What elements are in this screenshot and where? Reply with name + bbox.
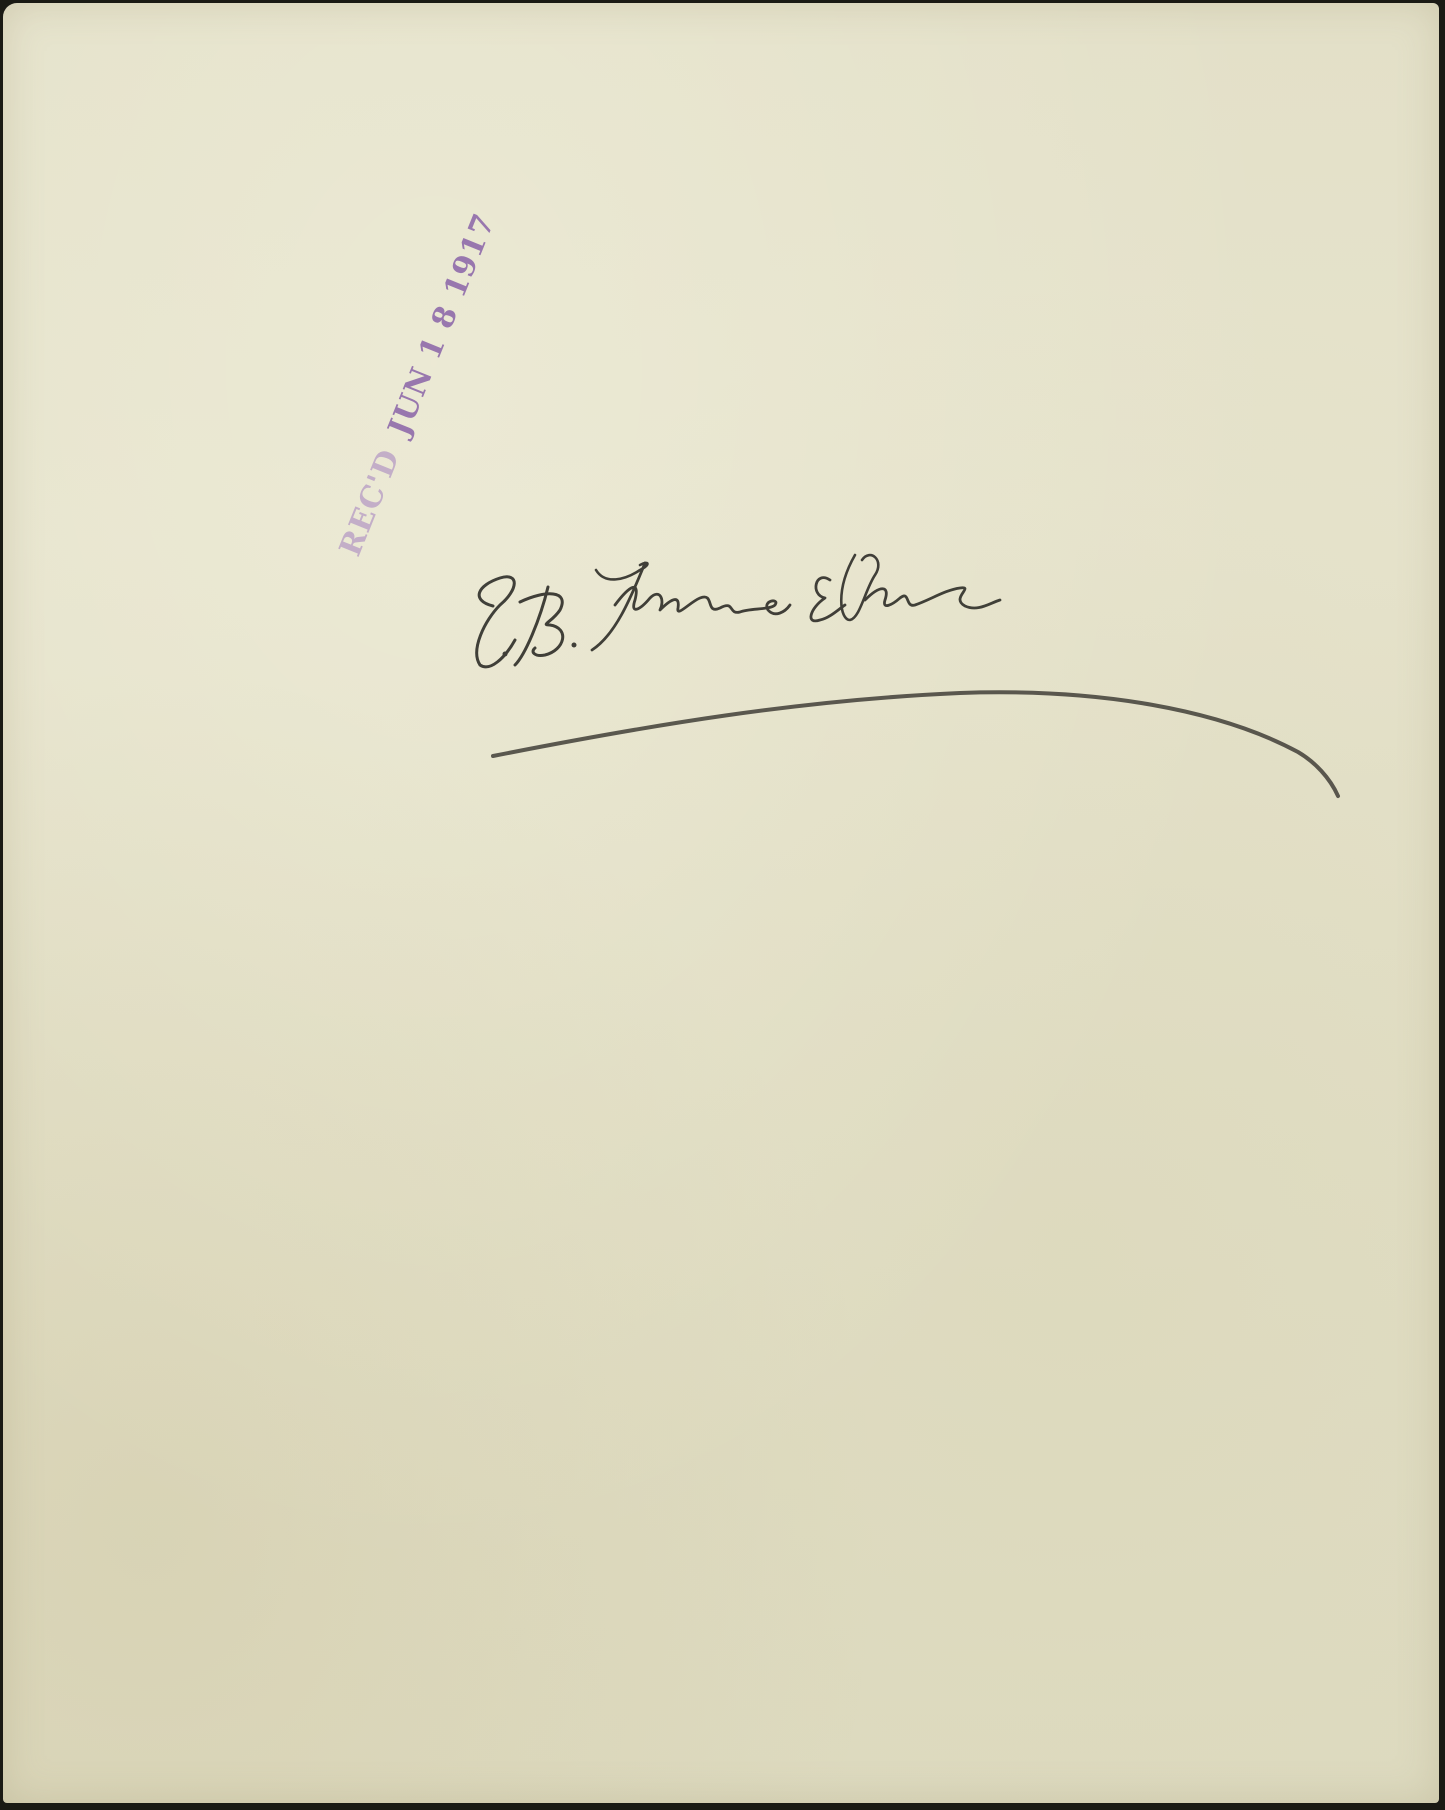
received-date-stamp: REC'DJUN 1 8 1917 [333,208,503,561]
stamp-prefix: REC'D [333,444,407,561]
document-page: REC'DJUN 1 8 1917 C. B. Thomas & Sons [3,3,1439,1803]
stamp-date: JUN 1 8 1917 [382,208,503,440]
